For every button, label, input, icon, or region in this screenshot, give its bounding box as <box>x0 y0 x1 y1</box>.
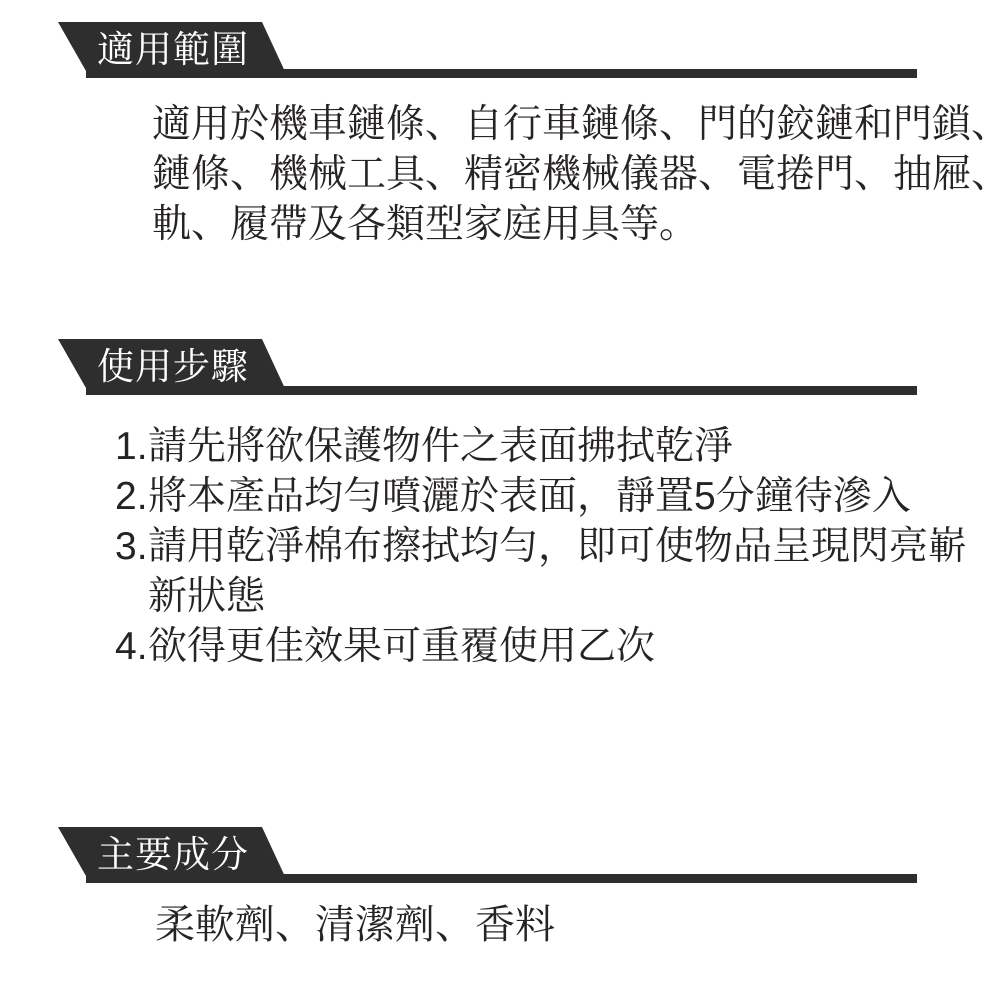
section-title-steps: 使用步驟 <box>97 346 249 387</box>
step-text: 請先將欲保護物件之表面拂拭乾淨 <box>148 422 733 472</box>
text-line: 軌、履帶及各類型家庭用具等。 <box>152 200 1000 250</box>
text-line: 將本產品均勻噴灑於表面，靜置5分鐘待滲入 <box>148 472 911 522</box>
step-number: 1. <box>115 422 148 472</box>
text-line: 請用乾淨棉布擦拭均勻，即可使物品呈現閃亮嶄 <box>148 522 967 572</box>
list-item: 1. 請先將欲保護物件之表面拂拭乾淨 <box>115 422 967 472</box>
text-line: 鏈條、機械工具、精密機械儀器、電捲門、抽屜、滑 <box>152 150 1000 200</box>
step-number: 3. <box>115 522 148 572</box>
list-item: 2. 將本產品均勻噴灑於表面，靜置5分鐘待滲入 <box>115 472 967 522</box>
ingredients-text: 柔軟劑、清潔劑、香料 <box>155 900 555 950</box>
header-banner-scope: 適用範圍 <box>58 22 288 78</box>
step-number: 4. <box>115 622 148 672</box>
header-banner-steps: 使用步驟 <box>58 339 288 395</box>
step-text: 欲得更佳效果可重覆使用乙次 <box>148 622 655 672</box>
section-header-steps: 使用步驟 <box>58 339 917 395</box>
list-item: 3. 請用乾淨棉布擦拭均勻，即可使物品呈現閃亮嶄 新狀態 <box>115 522 967 622</box>
text-line: 欲得更佳效果可重覆使用乙次 <box>148 622 655 672</box>
scope-paragraph: 適用於機車鏈條、自行車鏈條、門的鉸鏈和門鎖、 鏈條、機械工具、精密機械儀器、電捲… <box>152 100 1000 250</box>
section-title-ingredients: 主要成分 <box>97 834 249 875</box>
product-description-page: 適用範圍 適用於機車鏈條、自行車鏈條、門的鉸鏈和門鎖、 鏈條、機械工具、精密機械… <box>0 0 1000 1000</box>
header-banner-ingredients: 主要成分 <box>58 827 288 883</box>
section-header-scope: 適用範圍 <box>58 22 917 78</box>
list-item: 4. 欲得更佳效果可重覆使用乙次 <box>115 622 967 672</box>
section-title-scope: 適用範圍 <box>97 29 249 70</box>
step-number: 2. <box>115 472 148 522</box>
section-header-ingredients: 主要成分 <box>58 827 917 883</box>
text-line: 適用於機車鏈條、自行車鏈條、門的鉸鏈和門鎖、 <box>152 100 1000 150</box>
step-text: 將本產品均勻噴灑於表面，靜置5分鐘待滲入 <box>148 472 911 522</box>
text-line: 請先將欲保護物件之表面拂拭乾淨 <box>148 422 733 472</box>
text-line: 新狀態 <box>148 572 967 622</box>
step-text: 請用乾淨棉布擦拭均勻，即可使物品呈現閃亮嶄 新狀態 <box>148 522 967 622</box>
usage-steps-list: 1. 請先將欲保護物件之表面拂拭乾淨 2. 將本產品均勻噴灑於表面，靜置5分鐘待… <box>115 422 967 672</box>
